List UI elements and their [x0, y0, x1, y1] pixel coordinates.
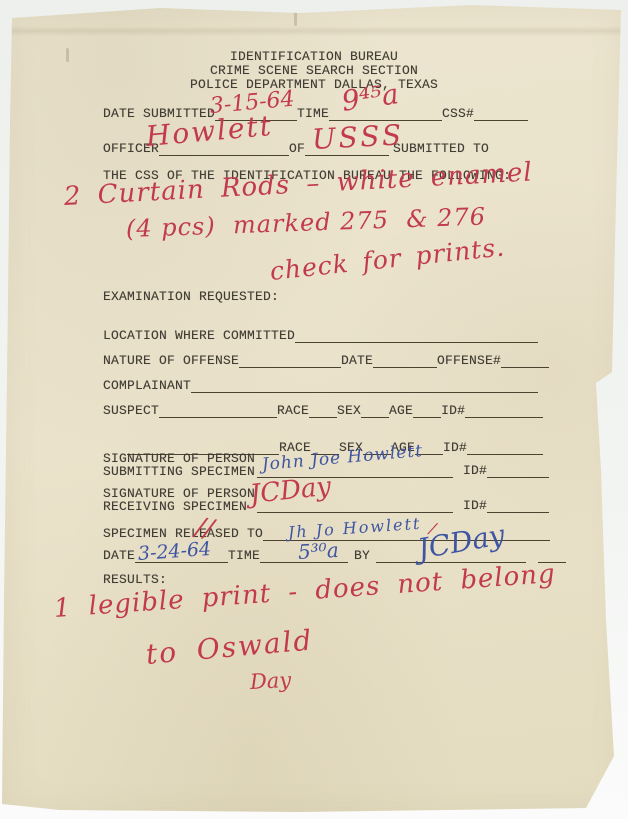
handwritten-results-line-2: to Oswald	[145, 626, 315, 669]
receiving-specimen-label: RECEIVING SPECIMEN	[103, 500, 257, 513]
row-offense: NATURE OF OFFENSE DATE OFFENSE#	[103, 353, 549, 368]
blank-line	[487, 499, 549, 513]
row-results: RESULTS:	[103, 572, 167, 587]
offense-number-label: OFFENSE#	[437, 353, 501, 368]
date-label: DATE	[103, 548, 135, 563]
race-label: RACE	[277, 403, 309, 418]
header-line-1: IDENTIFICATION BUREAU	[0, 50, 628, 64]
nature-label: NATURE OF OFFENSE	[103, 353, 239, 368]
of-label: OF	[289, 141, 305, 156]
results-label: RESULTS:	[103, 572, 167, 587]
age-label: AGE	[389, 403, 413, 418]
blank-line	[191, 379, 538, 393]
by-label: BY	[354, 548, 370, 563]
handwritten-time-submitted: 9⁴⁵a	[340, 80, 400, 116]
blank-line	[487, 464, 549, 478]
handwritten-results-signature: Day	[249, 670, 291, 693]
scanned-form-paper: IDENTIFICATION BUREAU CRIME SCENE SEARCH…	[0, 0, 628, 819]
id-number-label: ID#	[441, 403, 465, 418]
blank-line	[501, 354, 549, 368]
handwritten-items-line-2: (4 pcs) marked 275 & 276	[126, 204, 487, 241]
blank-line	[373, 354, 437, 368]
signature-submitting-label: SIGNATURE OF PERSON SUBMITTING SPECIMEN	[103, 452, 257, 478]
submitting-specimen-label: SUBMITTING SPECIMEN	[103, 465, 257, 478]
handwritten-release-date: 3-24-64	[137, 540, 211, 564]
blank-line	[295, 329, 538, 343]
handwritten-release-time: 5³⁰a	[297, 540, 339, 562]
blank-line	[413, 404, 441, 418]
blank-line	[474, 107, 528, 121]
specimen-released-label: SPECIMEN RELEASED TO	[103, 526, 263, 541]
complainant-label: COMPLAINANT	[103, 378, 191, 393]
paper-crease	[0, 26, 628, 36]
signature-receiving-label: SIGNATURE OF PERSON RECEIVING SPECIMEN	[103, 487, 257, 513]
sex-label: SEX	[337, 403, 361, 418]
blank-line	[465, 404, 543, 418]
row-complainant: COMPLAINANT	[103, 378, 538, 393]
examination-label: EXAMINATION REQUESTED:	[103, 289, 279, 304]
blank-line	[239, 354, 341, 368]
date-label: DATE	[341, 353, 373, 368]
form-header: IDENTIFICATION BUREAU CRIME SCENE SEARCH…	[0, 50, 628, 92]
blank-line	[361, 404, 389, 418]
location-label: LOCATION WHERE COMMITTED	[103, 328, 295, 343]
time-label: TIME	[297, 106, 329, 121]
id-number-label: ID#	[463, 463, 487, 478]
handwritten-officer-agency: USSS	[311, 121, 405, 154]
paper-corner-fold	[586, 767, 620, 811]
row-suspect: SUSPECT RACE SEX AGE ID#	[103, 403, 543, 418]
handwritten-examination-request: check for prints.	[269, 234, 506, 284]
header-line-2: CRIME SCENE SEARCH SECTION	[0, 64, 628, 78]
blank-line	[159, 404, 277, 418]
staple-mark	[294, 12, 297, 26]
row-examination: EXAMINATION REQUESTED:	[103, 289, 279, 304]
blank-line	[309, 404, 337, 418]
submitted-to-label: SUBMITTED TO	[393, 141, 489, 156]
suspect-label: SUSPECT	[103, 403, 159, 418]
handwritten-results-line-1: 1 legible print - does not belong	[53, 561, 556, 622]
header-line-3: POLICE DEPARTMENT DALLAS, TEXAS	[0, 78, 628, 92]
css-number-label: CSS#	[442, 106, 474, 121]
time-label: TIME	[228, 548, 260, 563]
row-location: LOCATION WHERE COMMITTED	[103, 328, 538, 343]
id-number-label: ID#	[463, 498, 487, 513]
